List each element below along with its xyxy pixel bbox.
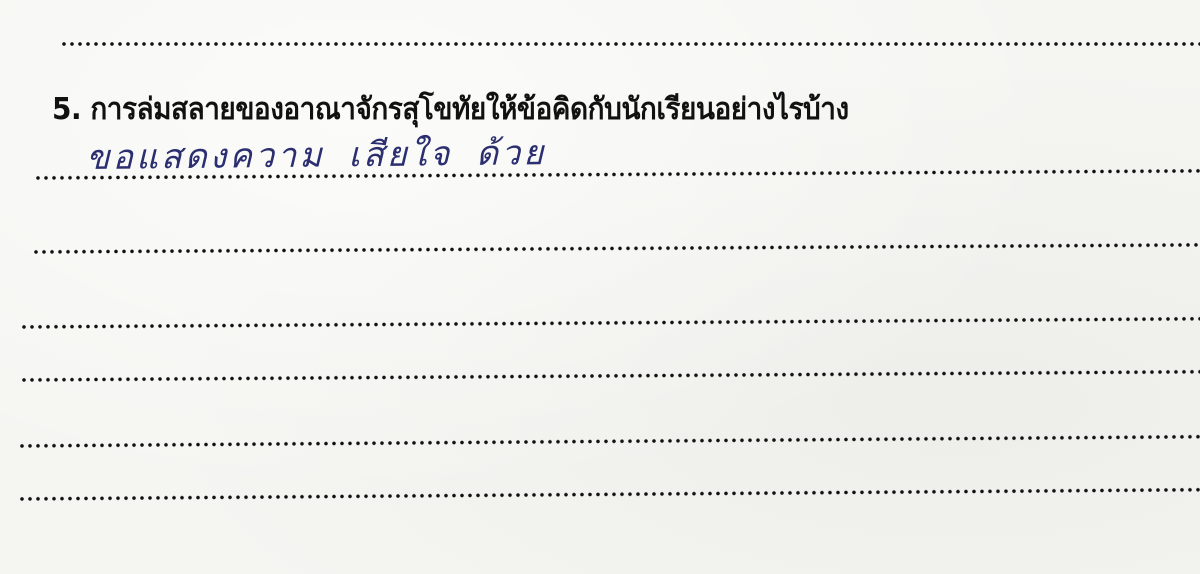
answer-line-2 — [32, 243, 1200, 254]
answer-line-6 — [18, 488, 1200, 501]
answer-line-4 — [20, 370, 1200, 382]
worksheet-paper: 5. การล่มสลายของอาณาจักรสุโขทัยให้ข้อคิด… — [0, 0, 1200, 574]
dotted-line-above-question — [60, 42, 1200, 46]
answer-line-5 — [18, 435, 1200, 448]
answer-line-3 — [20, 317, 1200, 329]
